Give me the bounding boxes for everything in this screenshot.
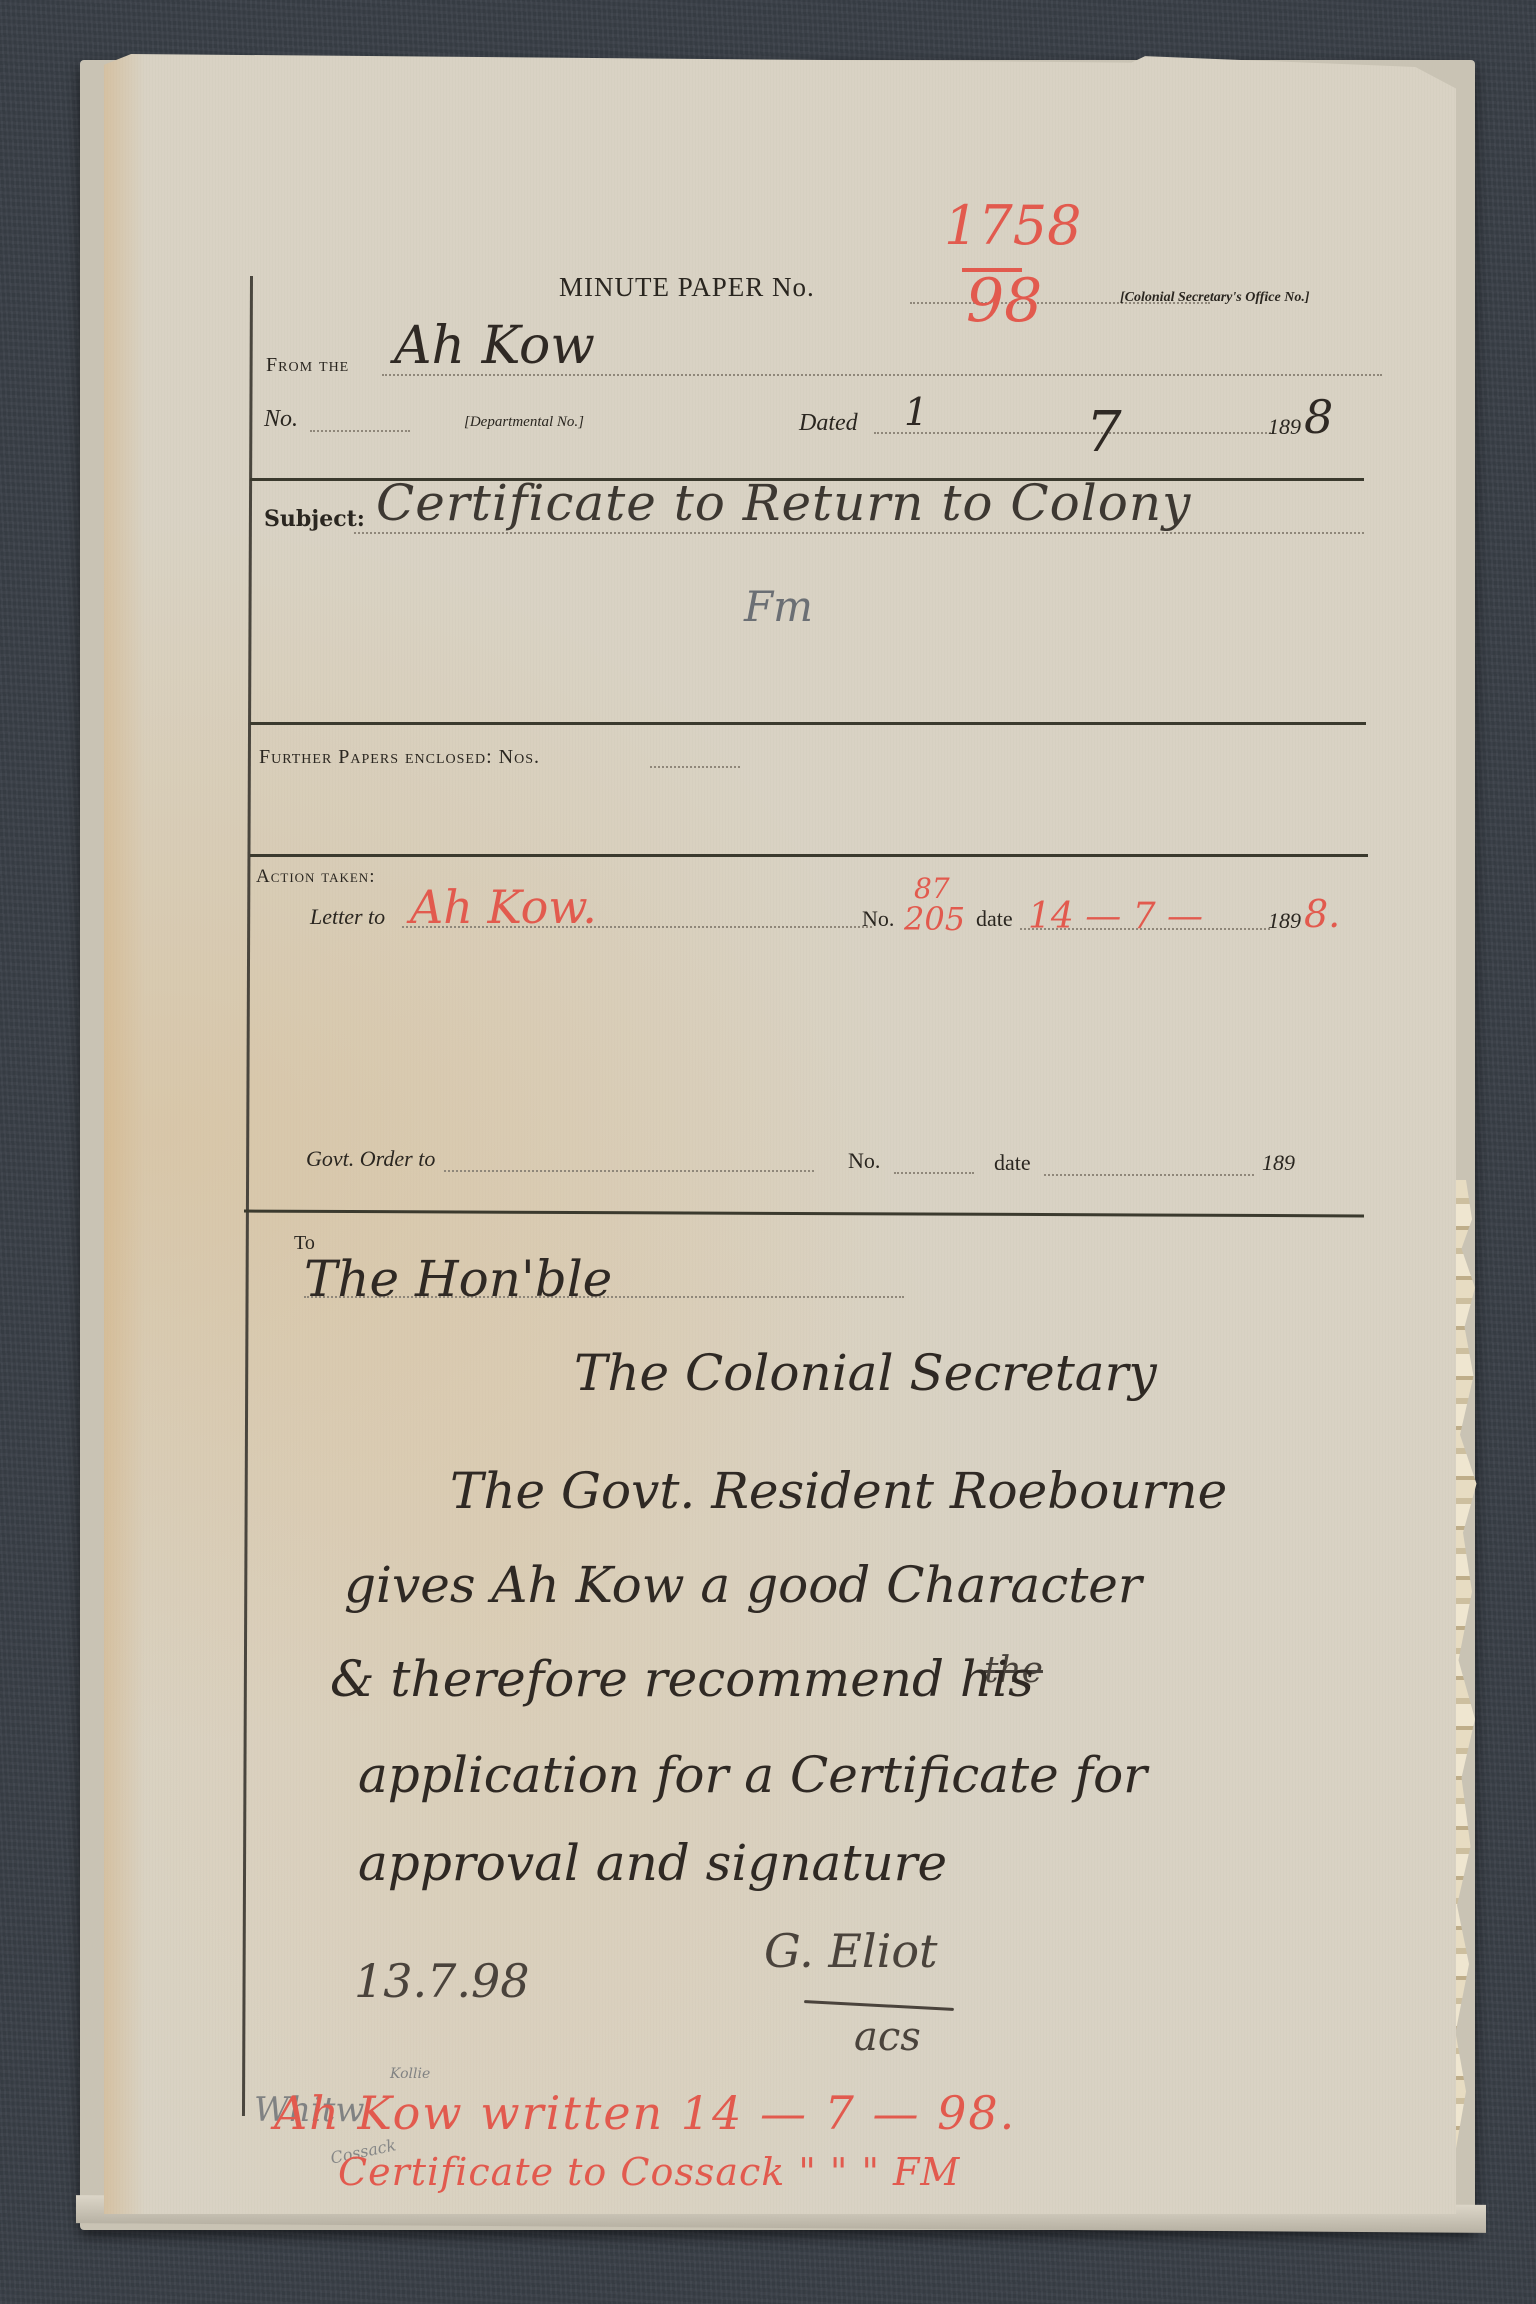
letter-no-bottom[interactable]: 205 <box>904 900 965 938</box>
signature-suffix: acs <box>854 2014 921 2060</box>
action-taken-label: Action taken: <box>256 866 375 888</box>
rule-before-minute <box>244 1210 1364 1218</box>
addressee-line-1: The Hon'ble <box>304 1250 612 1308</box>
letter-year-prefix: 189 <box>1268 908 1301 934</box>
minute-body-line-3: & therefore recommend his <box>330 1650 1034 1708</box>
footer-note-line-2: Certificate to Cossack " " " FM <box>338 2150 960 2194</box>
letter-date-value[interactable]: 14 — 7 — <box>1028 896 1203 937</box>
minute-body-line-1: The Govt. Resident Roebourne <box>450 1462 1227 1520</box>
govt-no-line <box>894 1172 974 1174</box>
govt-order-line <box>444 1170 814 1172</box>
addressee-line-2: The Colonial Secretary <box>574 1344 1157 1402</box>
subject-label: Subject: <box>264 506 365 532</box>
dated-day[interactable]: 1 <box>904 390 928 434</box>
from-label: From the <box>266 354 349 377</box>
minute-paper-sheet: MINUTE PAPER No. 1758 98 [Colonial Secre… <box>104 54 1456 2214</box>
letter-no-label: No. <box>862 906 894 932</box>
minute-body-line-4: application for a Certificate for <box>358 1746 1147 1804</box>
subject-value[interactable]: Certificate to Return to Colony <box>376 474 1191 532</box>
dated-year-prefix: 189 <box>1268 414 1301 440</box>
govt-date-label: date <box>994 1150 1031 1176</box>
left-margin-rule <box>242 276 253 2116</box>
no-line <box>310 430 410 432</box>
struck-word: the <box>984 1650 1043 1691</box>
govt-year-prefix: 189 <box>1262 1150 1295 1176</box>
further-papers-line <box>650 766 740 768</box>
minute-body-line-2: gives Ah Kow a good Character <box>344 1556 1142 1614</box>
govt-date-line <box>1044 1174 1254 1176</box>
letter-to-value[interactable]: Ah Kow. <box>410 880 597 934</box>
form-title: MINUTE PAPER No. <box>559 272 815 303</box>
letter-date-label: date <box>976 906 1013 932</box>
dated-label: Dated <box>799 410 858 437</box>
minute-no-top[interactable]: 1758 <box>944 194 1081 257</box>
minute-no-bottom[interactable]: 98 <box>966 266 1042 336</box>
further-papers-label: Further Papers enclosed: Nos. <box>259 746 540 769</box>
footer-pencil-superscript: Kollie <box>390 2066 430 2082</box>
letter-to-label: Letter to <box>310 904 385 930</box>
subject-initials: Fm <box>744 582 813 631</box>
rule-after-subject <box>250 722 1366 725</box>
dated-month[interactable]: 7 <box>1086 400 1122 465</box>
office-no-note: [Colonial Secretary's Office No.] <box>1120 290 1310 306</box>
footer-note-line-1: Ah Kow written 14 — 7 — 98. <box>274 2086 1016 2140</box>
subject-line <box>354 532 1364 534</box>
govt-no-label: No. <box>848 1148 880 1174</box>
rule-after-further-papers <box>250 854 1368 857</box>
departmental-note: [Departmental No.] <box>464 414 584 431</box>
minute-body-line-5: approval and signature <box>358 1834 947 1892</box>
signature: G. Eliot <box>764 1924 938 1978</box>
minute-date: 13.7.98 <box>354 1954 530 2008</box>
dated-year-suffix[interactable]: 8 <box>1304 390 1333 444</box>
signature-underline <box>804 2000 954 2011</box>
from-value[interactable]: Ah Kow <box>394 316 595 376</box>
letter-year-suffix[interactable]: 8. <box>1304 892 1340 936</box>
dated-line <box>874 432 1274 434</box>
no-label: No. <box>264 406 298 433</box>
govt-order-label: Govt. Order to <box>306 1146 435 1172</box>
